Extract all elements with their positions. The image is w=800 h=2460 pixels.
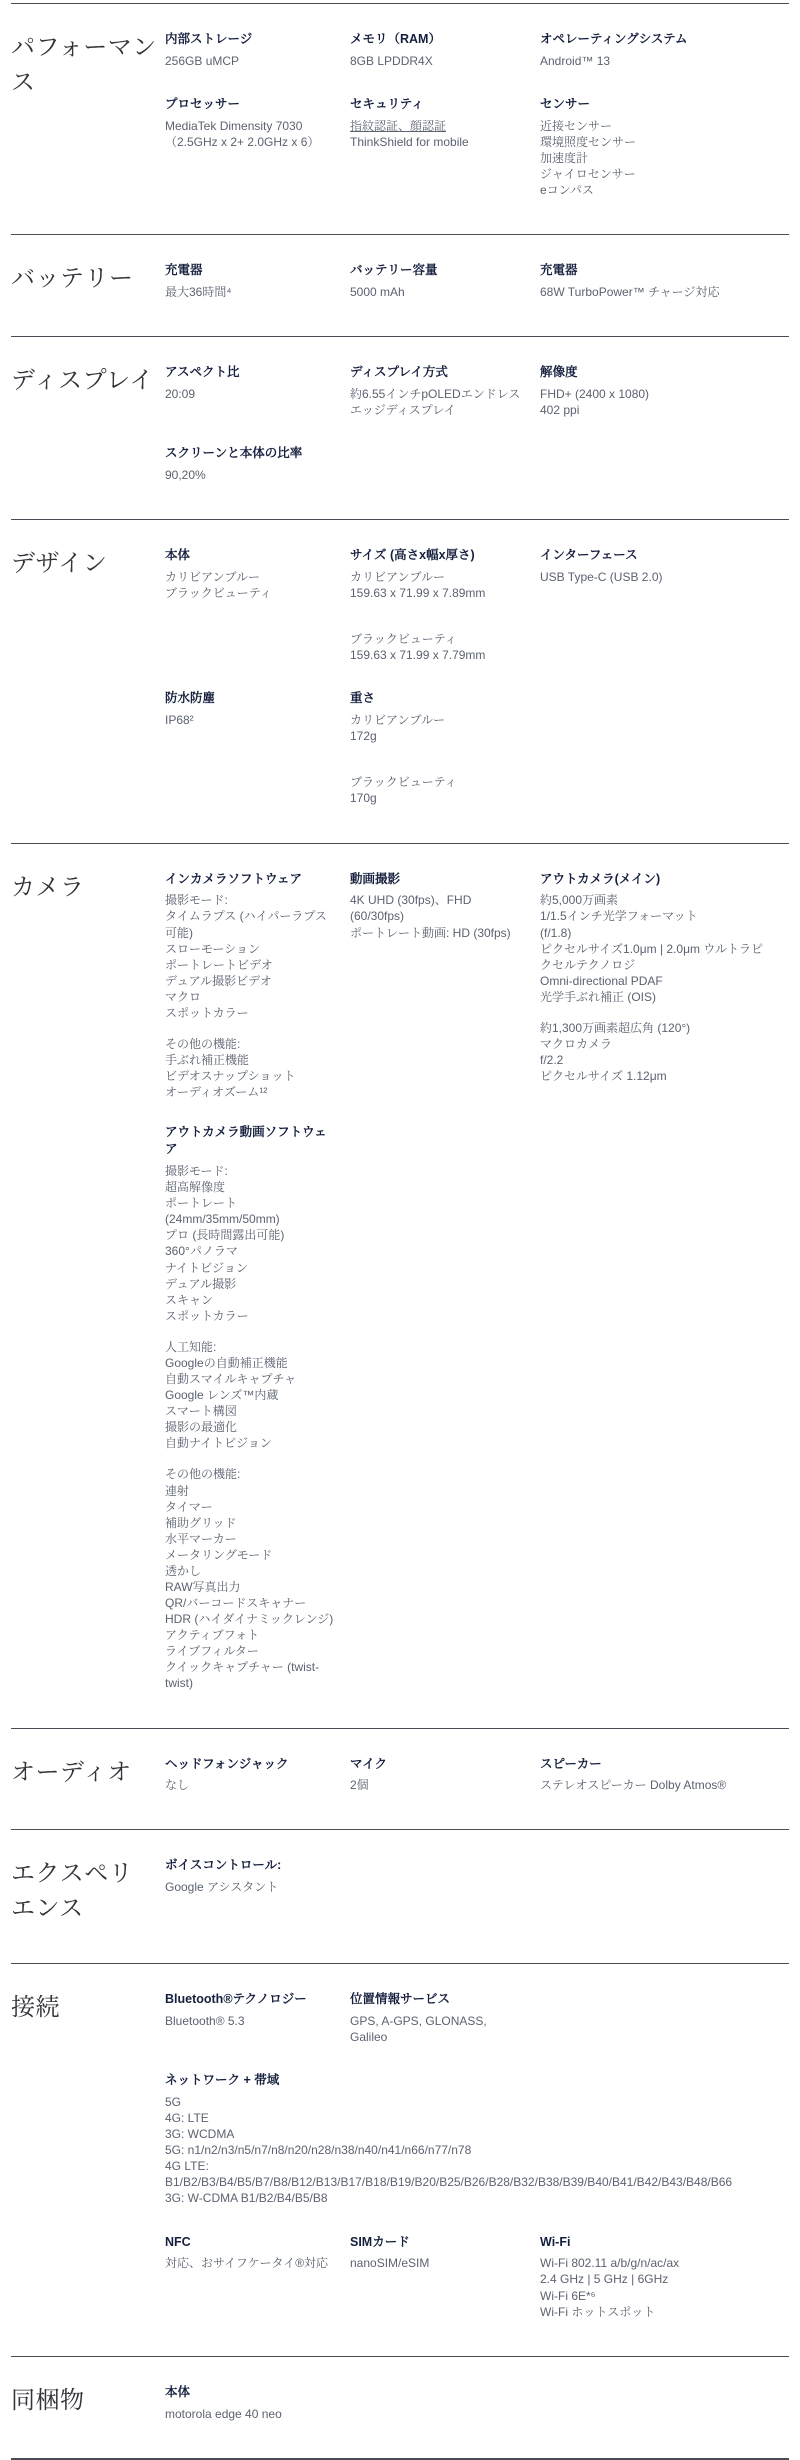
spec-value-line: 2.4 GHz | 5 GHz | 6GHz: [540, 2271, 773, 2287]
spec-value-line: 256GB uMCP: [165, 53, 334, 69]
spec-value-line: ピクセルサイズ 1.12μm: [540, 1068, 773, 1084]
spec-label: Wi-Fi: [540, 2234, 773, 2251]
spec-row: 本体motorola edge 40 neo: [165, 2384, 789, 2422]
spec-value-line: ポートレート動画: HD (30fps): [350, 925, 524, 941]
spec-label: 解像度: [540, 364, 773, 381]
spec-value-line: nanoSIM/eSIM: [350, 2255, 524, 2271]
spec-group: 防水防塵IP68²: [165, 690, 334, 728]
spec-value-line: 加速度計: [540, 150, 773, 166]
spec-value-line: 3G: WCDMA: [165, 2126, 773, 2142]
spec-label: 重さ: [350, 690, 524, 707]
spec-value-line: ブラックビューティ: [350, 631, 524, 647]
spec-value-line: ポートレート (24mm/35mm/50mm): [165, 1195, 334, 1227]
spacer: [350, 744, 524, 759]
spec-row: 本体カリビアンブルーブラックビューティサイズ (高さx幅x厚さ)カリビアンブルー…: [165, 547, 789, 663]
spec-value-line: 環境照度センサー: [540, 134, 773, 150]
spec-label: 本体: [165, 547, 334, 564]
section-performance: パフォーマンス内部ストレージ256GB uMCPメモリ（RAM）8GB LPDD…: [11, 4, 789, 234]
spec-cell: ディスプレイ方式約6.55インチpOLEDエンドレスエッジディスプレイ: [350, 364, 540, 418]
spec-cell: バッテリー容量5000 mAh: [350, 262, 540, 300]
spec-label: メモリ（RAM）: [350, 31, 524, 48]
spec-group: Wi-FiWi-Fi 802.11 a/b/g/n/ac/ax2.4 GHz |…: [540, 2234, 773, 2320]
section-title: バッテリー: [11, 262, 165, 300]
spec-group: アウトカメラ(メイン)約5,000万画素1/1.5インチ光学フォーマット(f/1…: [540, 871, 773, 1085]
spec-row: ネットワーク + 帯域5G4G: LTE3G: WCDMA5G: n1/n2/n…: [165, 2072, 789, 2206]
spec-cell: インターフェースUSB Type-C (USB 2.0): [540, 547, 789, 663]
spec-cell: Bluetooth®テクノロジーBluetooth® 5.3: [165, 1991, 350, 2045]
spec-label: アウトカメラ(メイン): [540, 871, 773, 888]
spec-value-line: ThinkShield for mobile: [350, 134, 524, 150]
spec-value-line: メータリングモード: [165, 1547, 334, 1563]
section-battery: バッテリー充電器最大36時間⁴バッテリー容量5000 mAh充電器68W Tur…: [11, 235, 789, 336]
section-in-the-box: 同梱物本体motorola edge 40 neo: [11, 2357, 789, 2458]
spec-cell: ネットワーク + 帯域5G4G: LTE3G: WCDMA5G: n1/n2/n…: [165, 2072, 789, 2206]
spec-cell: インカメラソフトウェア撮影モード:タイムラプス (ハイパーラプス可能)スローモー…: [165, 871, 350, 1692]
spec-row: ヘッドフォンジャックなしマイク2個スピーカーステレオスピーカー Dolby At…: [165, 1756, 789, 1794]
spec-cell: SIMカードnanoSIM/eSIM: [350, 2234, 540, 2320]
spec-value-line: 2個: [350, 1777, 524, 1793]
spec-value-line: タイムラプス (ハイパーラプス可能): [165, 908, 334, 940]
section-content: 本体カリビアンブルーブラックビューティサイズ (高さx幅x厚さ)カリビアンブルー…: [165, 547, 789, 806]
spec-row: 充電器最大36時間⁴バッテリー容量5000 mAh充電器68W TurboPow…: [165, 262, 789, 300]
spec-value-line: Android™ 13: [540, 53, 773, 69]
section-content: 内部ストレージ256GB uMCPメモリ（RAM）8GB LPDDR4Xオペレー…: [165, 31, 789, 198]
spec-group: プロセッサーMediaTek Dimensity 7030（2.5GHz x 2…: [165, 96, 334, 150]
spec-label: アウトカメラ動画ソフトウェア: [165, 1124, 334, 1158]
spec-group: NFC対応、おサイフケータイ®対応: [165, 2234, 334, 2272]
spec-value-line: 撮影モード:: [165, 1163, 334, 1179]
section-display: ディスプレイアスペクト比20:09ディスプレイ方式約6.55インチpOLEDエン…: [11, 337, 789, 519]
spec-cell: ボイスコントロール:Google アシスタント: [165, 1857, 350, 1895]
spec-cell: オペレーティングシステムAndroid™ 13: [540, 31, 789, 69]
spec-cell: アスペクト比20:09: [165, 364, 350, 418]
spec-value-line: 5G: [165, 2094, 773, 2110]
security-link[interactable]: 指紋認証、顔認証: [350, 118, 524, 134]
spec-group: アウトカメラ動画ソフトウェア撮影モード:超高解像度ポートレート (24mm/35…: [165, 1124, 334, 1691]
spec-cell: サイズ (高さx幅x厚さ)カリビアンブルー159.63 x 71.99 x 7.…: [350, 547, 540, 663]
spec-value-line: Wi-Fi ホットスポット: [540, 2304, 773, 2320]
spec-value-line: 68W TurboPower™ チャージ対応: [540, 284, 773, 300]
spec-row: NFC対応、おサイフケータイ®対応SIMカードnanoSIM/eSIMWi-Fi…: [165, 2234, 789, 2320]
spec-label: インターフェース: [540, 547, 773, 564]
spec-group: サイズ (高さx幅x厚さ)カリビアンブルー159.63 x 71.99 x 7.…: [350, 547, 524, 663]
spec-group: Bluetooth®テクノロジーBluetooth® 5.3: [165, 1991, 334, 2029]
spec-group: スクリーンと本体の比率90,20%: [165, 445, 334, 483]
section-title: 同梱物: [11, 2384, 165, 2422]
spec-value-line: クイックキャプチャー (twist-twist): [165, 1659, 334, 1691]
spec-group: オペレーティングシステムAndroid™ 13: [540, 31, 773, 69]
spec-group: 解像度FHD+ (2400 x 1080)402 ppi: [540, 364, 773, 418]
spec-group: ボイスコントロール:Google アシスタント: [165, 1857, 334, 1895]
section-title: カメラ: [11, 871, 165, 1692]
section-content: ボイスコントロール:Google アシスタント: [165, 1857, 789, 1927]
spec-value-line: タイマー: [165, 1499, 334, 1515]
spec-value-line: なし: [165, 1777, 334, 1793]
section-content: Bluetooth®テクノロジーBluetooth® 5.3位置情報サービスGP…: [165, 1991, 789, 2320]
spec-group: 重さカリビアンブルー172gブラックビューティ170g: [350, 690, 524, 806]
spec-value-line: スマート構図: [165, 1403, 334, 1419]
spec-value-line: ピクセルサイズ1.0μm | 2.0μm ウルトラピクセルテクノロジ: [540, 941, 773, 973]
spec-cell: 本体motorola edge 40 neo: [165, 2384, 350, 2422]
spec-sheet: パフォーマンス内部ストレージ256GB uMCPメモリ（RAM）8GB LPDD…: [0, 0, 800, 2460]
spec-value-line: その他の機能:: [165, 1466, 334, 1482]
spec-label: アスペクト比: [165, 364, 334, 381]
spec-value-line: アクティブフォト: [165, 1627, 334, 1643]
spec-cell: 位置情報サービスGPS, A-GPS, GLONASS, Galileo: [350, 1991, 540, 2045]
spec-value-line: 159.63 x 71.99 x 7.89mm: [350, 585, 524, 601]
spec-cell: 充電器最大36時間⁴: [165, 262, 350, 300]
spec-value-line: 8GB LPDDR4X: [350, 53, 524, 69]
spec-cell: 本体カリビアンブルーブラックビューティ: [165, 547, 350, 663]
spec-label: SIMカード: [350, 2234, 524, 2251]
spec-row: プロセッサーMediaTek Dimensity 7030（2.5GHz x 2…: [165, 96, 789, 198]
spec-value-line: 手ぶれ補正機能: [165, 1052, 334, 1068]
spec-cell: セキュリティ指紋認証、顔認証ThinkShield for mobile: [350, 96, 540, 198]
spec-value-line: 自動ナイトビジョン: [165, 1435, 334, 1451]
spec-cell: 動画撮影4K UHD (30fps)、FHD (60/30fps)ポートレート動…: [350, 871, 540, 1692]
section-title: エクスペリエンス: [11, 1857, 165, 1927]
spec-group: ディスプレイ方式約6.55インチpOLEDエンドレスエッジディスプレイ: [350, 364, 524, 418]
spec-value-line: HDR (ハイダイナミックレンジ): [165, 1611, 334, 1627]
spec-value-line: GPS, A-GPS, GLONASS, Galileo: [350, 2013, 524, 2045]
spec-value-line: Google レンズ™内蔵: [165, 1387, 334, 1403]
spec-row: Bluetooth®テクノロジーBluetooth® 5.3位置情報サービスGP…: [165, 1991, 789, 2045]
spec-group: セキュリティ指紋認証、顔認証ThinkShield for mobile: [350, 96, 524, 150]
spec-value-line: カリビアンブルー: [165, 569, 334, 585]
spec-label: オペレーティングシステム: [540, 31, 773, 48]
spec-group: 本体カリビアンブルーブラックビューティ: [165, 547, 334, 601]
spec-label: スクリーンと本体の比率: [165, 445, 334, 462]
spec-label: 本体: [165, 2384, 334, 2401]
spec-value-line: スローモーション: [165, 941, 334, 957]
spec-group: インターフェースUSB Type-C (USB 2.0): [540, 547, 773, 585]
spacer: [165, 1324, 334, 1339]
section-content: アスペクト比20:09ディスプレイ方式約6.55インチpOLEDエンドレスエッジ…: [165, 364, 789, 483]
spec-value-line: 約5,000万画素: [540, 892, 773, 908]
spec-value-line: RAW写真出力: [165, 1579, 334, 1595]
spec-row: 防水防塵IP68²重さカリビアンブルー172gブラックビューティ170g: [165, 690, 789, 806]
spec-value-line: 撮影の最適化: [165, 1419, 334, 1435]
spec-value-line: デュアル撮影ビデオ: [165, 973, 334, 989]
section-experience: エクスペリエンスボイスコントロール:Google アシスタント: [11, 1830, 789, 1963]
spec-cell: スピーカーステレオスピーカー Dolby Atmos®: [540, 1756, 789, 1794]
spec-value-line: 5000 mAh: [350, 284, 524, 300]
spec-row: スクリーンと本体の比率90,20%: [165, 445, 789, 483]
spec-value-line: 20:09: [165, 386, 334, 402]
spec-value-line: QR/バーコードスキャナー: [165, 1595, 334, 1611]
spec-value-line: カリビアンブルー: [350, 712, 524, 728]
spec-value-line: マクロカメラ: [540, 1036, 773, 1052]
spec-value-line: 5G: n1/n2/n3/n5/n7/n8/n20/n28/n38/n40/n4…: [165, 2142, 773, 2158]
spec-label: 充電器: [165, 262, 334, 279]
section-content: ヘッドフォンジャックなしマイク2個スピーカーステレオスピーカー Dolby At…: [165, 1756, 789, 1794]
spec-value-line: 約1,300万画素超広角 (120°): [540, 1020, 773, 1036]
spec-value-line: マクロ: [165, 989, 334, 1005]
spec-value-line: オーディオズーム¹²: [165, 1084, 334, 1100]
spec-label: サイズ (高さx幅x厚さ): [350, 547, 524, 564]
spec-value-line: ステレオスピーカー Dolby Atmos®: [540, 1777, 773, 1793]
spec-value-line: 360°パノラマ: [165, 1243, 334, 1259]
spec-value-line: Googleの自動補正機能: [165, 1355, 334, 1371]
spacer: [350, 759, 524, 774]
section-title: 接続: [11, 1991, 165, 2320]
spec-value-line: f/2.2: [540, 1052, 773, 1068]
spec-cell: 解像度FHD+ (2400 x 1080)402 ppi: [540, 364, 789, 418]
spec-cell: 内部ストレージ256GB uMCP: [165, 31, 350, 69]
spec-value-line: (f/1.8): [540, 925, 773, 941]
spec-group: スピーカーステレオスピーカー Dolby Atmos®: [540, 1756, 773, 1794]
spec-value-line: 水平マーカー: [165, 1531, 334, 1547]
spec-cell: プロセッサーMediaTek Dimensity 7030（2.5GHz x 2…: [165, 96, 350, 198]
spec-cell: 充電器68W TurboPower™ チャージ対応: [540, 262, 789, 300]
spec-group: インカメラソフトウェア撮影モード:タイムラプス (ハイパーラプス可能)スローモー…: [165, 871, 334, 1101]
spec-label: セキュリティ: [350, 96, 524, 113]
spec-label: インカメラソフトウェア: [165, 871, 334, 888]
spec-value-line: Wi-Fi 802.11 a/b/g/n/ac/ax: [540, 2255, 773, 2271]
spec-value-line: 170g: [350, 790, 524, 806]
spec-cell: ヘッドフォンジャックなし: [165, 1756, 350, 1794]
spec-value-line: 補助グリッド: [165, 1515, 334, 1531]
spec-group: メモリ（RAM）8GB LPDDR4X: [350, 31, 524, 69]
spec-value-line: スポットカラー: [165, 1308, 334, 1324]
spec-value-line: MediaTek Dimensity 7030（2.5GHz x 2+ 2.0G…: [165, 118, 334, 150]
spec-cell: アウトカメラ(メイン)約5,000万画素1/1.5インチ光学フォーマット(f/1…: [540, 871, 789, 1692]
spec-value-line: カリビアンブルー: [350, 569, 524, 585]
spec-value-line: 4G LTE:: [165, 2158, 773, 2174]
spec-label: ヘッドフォンジャック: [165, 1756, 334, 1773]
spec-value-line: ナイトビジョン: [165, 1260, 334, 1276]
spec-value-line: ビデオスナップショット: [165, 1068, 334, 1084]
spec-value-line: 3G: W-CDMA B1/B2/B4/B5/B8: [165, 2190, 773, 2206]
spec-value-line: スポットカラー: [165, 1005, 334, 1021]
section-camera: カメラインカメラソフトウェア撮影モード:タイムラプス (ハイパーラプス可能)スロ…: [11, 844, 789, 1728]
spec-label: NFC: [165, 2234, 334, 2251]
spec-label: Bluetooth®テクノロジー: [165, 1991, 334, 2008]
spec-group: ヘッドフォンジャックなし: [165, 1756, 334, 1794]
spec-row: アスペクト比20:09ディスプレイ方式約6.55インチpOLEDエンドレスエッジ…: [165, 364, 789, 418]
spec-cell: マイク2個: [350, 1756, 540, 1794]
section-title: オーディオ: [11, 1756, 165, 1794]
spec-value-line: 超高解像度: [165, 1179, 334, 1195]
spec-label: 位置情報サービス: [350, 1991, 524, 2008]
spacer: [350, 601, 524, 616]
spec-value-line: 172g: [350, 728, 524, 744]
spec-value-line: 1/1.5インチ光学フォーマット: [540, 908, 773, 924]
spec-value-line: 自動スマイルキャプチャ: [165, 1371, 334, 1387]
spec-value-line: プロ (長時間露出可能): [165, 1227, 334, 1243]
spec-cell: 重さカリビアンブルー172gブラックビューティ170g: [350, 690, 540, 806]
spec-value-line: ブラックビューティ: [165, 585, 334, 601]
spec-value-line: 撮影モード:: [165, 892, 334, 908]
spacer: [165, 1021, 334, 1036]
section-design: デザイン本体カリビアンブルーブラックビューティサイズ (高さx幅x厚さ)カリビア…: [11, 520, 789, 842]
spec-label: バッテリー容量: [350, 262, 524, 279]
spec-value-line: 約6.55インチpOLEDエンドレスエッジディスプレイ: [350, 386, 524, 418]
section-title: デザイン: [11, 547, 165, 806]
section-audio: オーディオヘッドフォンジャックなしマイク2個スピーカーステレオスピーカー Dol…: [11, 1729, 789, 1830]
spec-value-line: 90,20%: [165, 467, 334, 483]
spec-group: 充電器68W TurboPower™ チャージ対応: [540, 262, 773, 300]
spec-value-line: IP68²: [165, 712, 334, 728]
spec-value-line: Bluetooth® 5.3: [165, 2013, 334, 2029]
spacer: [350, 616, 524, 631]
spec-label: 動画撮影: [350, 871, 524, 888]
spec-value-line: スキャン: [165, 1292, 334, 1308]
spec-group: アスペクト比20:09: [165, 364, 334, 402]
spec-cell: メモリ（RAM）8GB LPDDR4X: [350, 31, 540, 69]
spec-value-line: 連射: [165, 1483, 334, 1499]
spec-cell: 防水防塵IP68²: [165, 690, 350, 806]
spec-row: ボイスコントロール:Google アシスタント: [165, 1857, 789, 1895]
spec-group: バッテリー容量5000 mAh: [350, 262, 524, 300]
spec-value-line: ジャイロセンサー: [540, 166, 773, 182]
spec-value-line: Wi-Fi 6E*⁶: [540, 2288, 773, 2304]
spec-value-line: 4K UHD (30fps)、FHD (60/30fps): [350, 892, 524, 924]
spec-value-line: 402 ppi: [540, 402, 773, 418]
spec-label: 充電器: [540, 262, 773, 279]
spec-row: インカメラソフトウェア撮影モード:タイムラプス (ハイパーラプス可能)スローモー…: [165, 871, 789, 1692]
spec-cell: センサー近接センサー環境照度センサー加速度計ジャイロセンサーeコンパス: [540, 96, 789, 198]
spec-value-line: ライブフィルター: [165, 1643, 334, 1659]
section-content: 充電器最大36時間⁴バッテリー容量5000 mAh充電器68W TurboPow…: [165, 262, 789, 300]
spec-label: ボイスコントロール:: [165, 1857, 334, 1874]
spec-cell: Wi-FiWi-Fi 802.11 a/b/g/n/ac/ax2.4 GHz |…: [540, 2234, 789, 2320]
spec-cell: NFC対応、おサイフケータイ®対応: [165, 2234, 350, 2320]
spec-value-line: その他の機能:: [165, 1036, 334, 1052]
spec-label: 防水防塵: [165, 690, 334, 707]
spec-cell: スクリーンと本体の比率90,20%: [165, 445, 350, 483]
spec-label: プロセッサー: [165, 96, 334, 113]
spec-group: SIMカードnanoSIM/eSIM: [350, 2234, 524, 2272]
spec-group: センサー近接センサー環境照度センサー加速度計ジャイロセンサーeコンパス: [540, 96, 773, 198]
spec-value-line: 人工知能:: [165, 1339, 334, 1355]
spacer: [165, 1451, 334, 1466]
spec-label: ディスプレイ方式: [350, 364, 524, 381]
spec-group: マイク2個: [350, 1756, 524, 1794]
spec-row: 内部ストレージ256GB uMCPメモリ（RAM）8GB LPDDR4Xオペレー…: [165, 31, 789, 69]
spec-label: 内部ストレージ: [165, 31, 334, 48]
spacer: [540, 1005, 773, 1020]
spec-group: ネットワーク + 帯域5G4G: LTE3G: WCDMA5G: n1/n2/n…: [165, 2072, 773, 2206]
spec-value-line: B1/B2/B3/B4/B5/B7/B8/B12/B13/B17/B18/B19…: [165, 2174, 773, 2190]
spec-value-line: 光学手ぶれ補正 (OIS): [540, 989, 773, 1005]
section-title: ディスプレイ: [11, 364, 165, 483]
spec-value-line: 最大36時間⁴: [165, 284, 334, 300]
spec-value-line: 対応、おサイフケータイ®対応: [165, 2255, 334, 2271]
spec-value-line: 4G: LTE: [165, 2110, 773, 2126]
section-content: 本体motorola edge 40 neo: [165, 2384, 789, 2422]
spec-value-line: Google アシスタント: [165, 1879, 334, 1895]
spec-group: 充電器最大36時間⁴: [165, 262, 334, 300]
spec-value-line: ポートレートビデオ: [165, 957, 334, 973]
spec-value-line: ブラックビューティ: [350, 774, 524, 790]
spec-label: マイク: [350, 1756, 524, 1773]
section-title: パフォーマンス: [11, 31, 165, 198]
spec-group: 本体motorola edge 40 neo: [165, 2384, 334, 2422]
spec-group: 動画撮影4K UHD (30fps)、FHD (60/30fps)ポートレート動…: [350, 871, 524, 941]
spec-value-line: Omni-directional PDAF: [540, 973, 773, 989]
spec-value-line: 159.63 x 71.99 x 7.79mm: [350, 647, 524, 663]
spec-value-line: eコンパス: [540, 182, 773, 198]
section-divider: [11, 2458, 789, 2460]
section-content: インカメラソフトウェア撮影モード:タイムラプス (ハイパーラプス可能)スローモー…: [165, 871, 789, 1692]
spec-group: 位置情報サービスGPS, A-GPS, GLONASS, Galileo: [350, 1991, 524, 2045]
spec-value-line: FHD+ (2400 x 1080): [540, 386, 773, 402]
spec-label: ネットワーク + 帯域: [165, 2072, 773, 2089]
section-connectivity: 接続Bluetooth®テクノロジーBluetooth® 5.3位置情報サービス…: [11, 1964, 789, 2356]
spec-value-line: 透かし: [165, 1563, 334, 1579]
spec-value-line: 近接センサー: [540, 118, 773, 134]
spec-label: センサー: [540, 96, 773, 113]
spec-value-line: motorola edge 40 neo: [165, 2406, 334, 2422]
spec-label: スピーカー: [540, 1756, 773, 1773]
spec-value-line: USB Type-C (USB 2.0): [540, 569, 773, 585]
spec-value-line: デュアル撮影: [165, 1276, 334, 1292]
spec-group: 内部ストレージ256GB uMCP: [165, 31, 334, 69]
